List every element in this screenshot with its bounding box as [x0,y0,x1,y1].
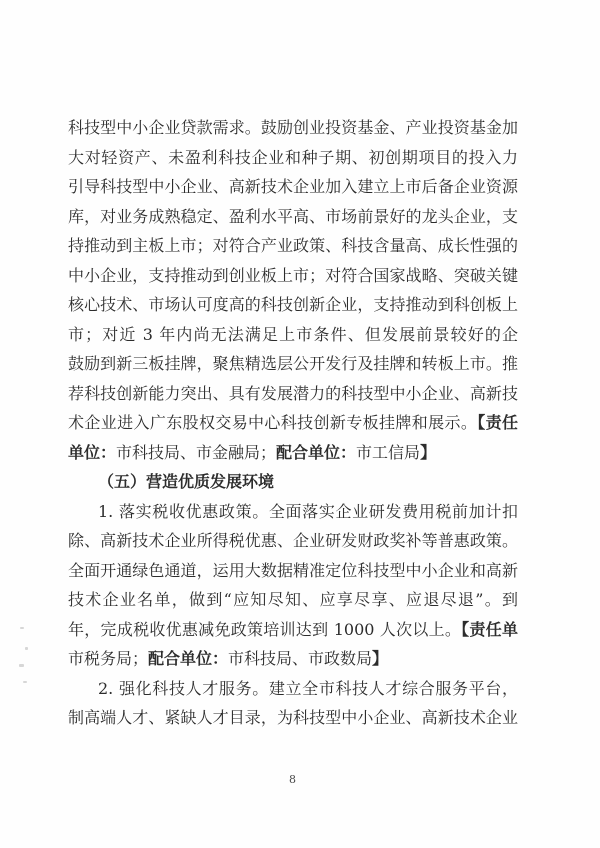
responsibility-line: 单位：市科技局、市金融局；配合单位：市工信局】 [68,438,518,468]
bold-label: 】 [372,649,388,668]
text-block: 科技型中小企业贷款需求。鼓励创业投资基金、产业投资基金加大对轻资产、未盈利科技企… [68,113,518,733]
body-line: 中小企业，支持推动到创业板上市；对符合国家战略、突破关键 [68,261,518,291]
bold-label: 单位： [68,443,116,462]
body-line: 引导科技型中小企业、高新技术企业加入建立上市后备企业资源 [68,172,518,202]
body-line: 市；对近 3 年内尚无法满足上市条件、但发展前景较好的企业， [68,320,518,350]
text-segment: 荐科技创新能力突出、具有发展潜力的科技型中小企业、高新技 [68,384,518,403]
body-line: 科技型中小企业贷款需求。鼓励创业投资基金、产业投资基金加 [68,113,518,143]
text-segment: 市工信局 [356,443,420,462]
body-line: 鼓励到新三板挂牌，聚焦精选层公开发行及挂牌和转板上市。推 [68,349,518,379]
text-segment: 市；对近 3 年内尚无法满足上市条件、但发展前景较好的企业， [68,325,518,350]
scan-speck [23,681,27,683]
scan-speck [25,647,28,650]
text-segment: 年，完成税收优惠减免政策培训达到 1000 人次以上。 [68,620,461,639]
bold-label: 【责任 [477,413,518,432]
text-segment: 市税务局； [68,649,148,668]
text-segment: 大对轻资产、未盈利科技企业和种子期、初创期项目的投入力度。 [68,148,518,173]
text-segment: 引导科技型中小企业、高新技术企业加入建立上市后备企业资源 [68,177,518,196]
text-segment: 鼓励到新三板挂牌，聚焦精选层公开发行及挂牌和转板上市。推 [68,354,518,373]
body-line: 除、高新技术企业所得税优惠、企业研发财政奖补等普惠政策。 [68,526,518,556]
body-line: 核心技术、市场认可度高的科技创新企业，支持推动到科创板上 [68,290,518,320]
body-line: 大对轻资产、未盈利科技企业和种子期、初创期项目的投入力度。 [68,143,518,173]
text-segment: 除、高新技术企业所得税优惠、企业研发财政奖补等普惠政策。 [68,531,518,550]
text-segment: 技术企业名单，做到“应知尽知、应享尽享、应退尽退”。到 2023 [68,590,518,615]
para-start-line: 2. 强化科技人才服务。建立全市科技人才综合服务平台，编 [68,674,518,704]
text-segment: 持推动到主板上市；对符合产业政策、科技含量高、成长性强的 [68,236,518,255]
body-line: 持推动到主板上市；对符合产业政策、科技含量高、成长性强的 [68,231,518,261]
text-segment: 中小企业，支持推动到创业板上市；对符合国家战略、突破关键 [68,266,518,285]
document-page: 科技型中小企业贷款需求。鼓励创业投资基金、产业投资基金加大对轻资产、未盈利科技企… [0,0,600,848]
body-line: 全面开通绿色通道，运用大数据精准定位科技型中小企业和高新 [68,556,518,586]
text-segment: 库，对业务成熟稳定、盈利水平高、市场前景好的龙头企业，支 [68,207,518,226]
scan-speck [20,627,24,629]
body-line: 年，完成税收优惠减免政策培训达到 1000 人次以上。【责任单位： [68,615,518,645]
page-number: 8 [0,773,585,786]
text-segment: 全面开通绿色通道，运用大数据精准定位科技型中小企业和高新 [68,561,518,580]
body-line: 术企业进入广东股权交易中心科技创新专板挂牌和展示。【责任 [68,408,518,438]
responsibility-line: 市税务局；配合单位：市科技局、市政数局】 [68,644,518,674]
bold-label: 】 [420,443,436,462]
text-segment: 制高端人才、紧缺人才目录，为科技型中小企业、高新技术企业 [68,708,518,727]
bold-label: 配合单位： [276,443,356,462]
para-start-line: 1. 落实税收优惠政策。全面落实企业研发费用税前加计扣 [68,497,518,527]
section-heading: （五）营造优质发展环境 [68,467,518,497]
text-segment: 术企业进入广东股权交易中心科技创新专板挂牌和展示。 [68,413,477,432]
bold-label: 配合单位： [148,649,228,668]
scan-speck [19,664,24,667]
body-line: 库，对业务成熟稳定、盈利水平高、市场前景好的龙头企业，支 [68,202,518,232]
text-segment: 市科技局、市政数局 [228,649,372,668]
text-segment: 核心技术、市场认可度高的科技创新企业，支持推动到科创板上 [68,295,518,314]
text-segment: 市科技局、市金融局； [116,443,276,462]
bold-label: （五）营造优质发展环境 [98,472,274,491]
body-line: 荐科技创新能力突出、具有发展潜力的科技型中小企业、高新技 [68,379,518,409]
text-segment: 2. 强化科技人才服务。建立全市科技人才综合服务平台，编 [68,679,518,704]
text-segment: 1. 落实税收优惠政策。全面落实企业研发费用税前加计扣 [98,502,518,521]
body-line: 技术企业名单，做到“应知尽知、应享尽享、应退尽退”。到 2023 [68,585,518,615]
body-line: 制高端人才、紧缺人才目录，为科技型中小企业、高新技术企业 [68,703,518,733]
text-segment: 科技型中小企业贷款需求。鼓励创业投资基金、产业投资基金加 [68,118,518,137]
